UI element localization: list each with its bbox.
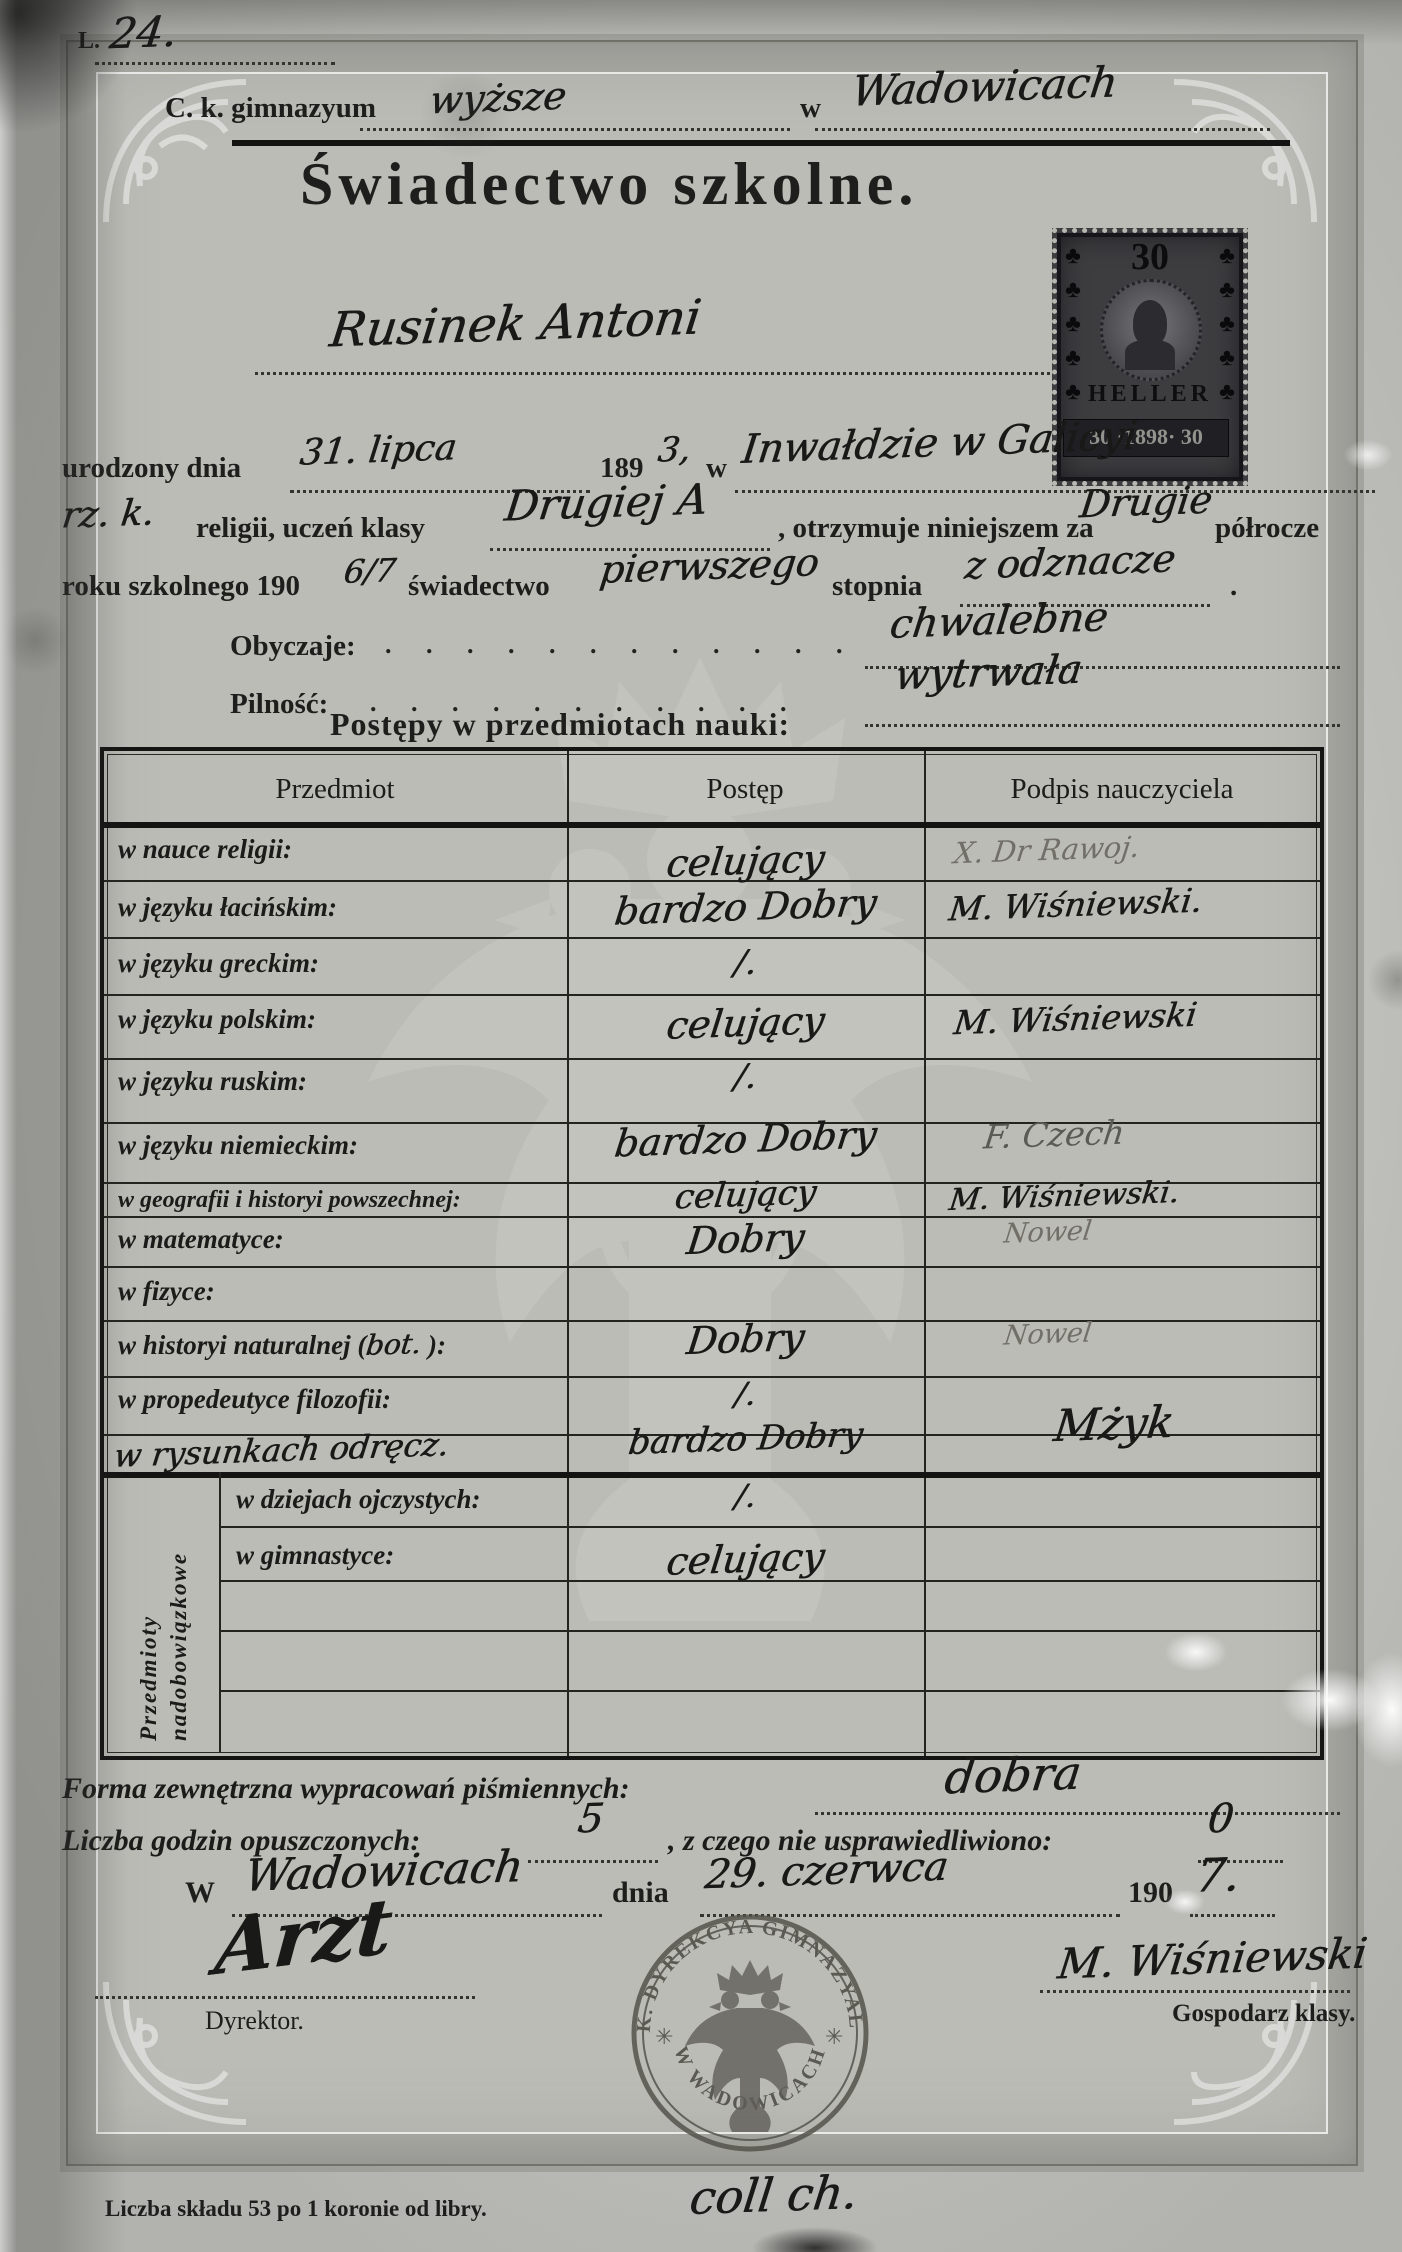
seal-star-left: ✳: [655, 2024, 673, 2049]
subject-gymnastics: w gimnastyce:: [236, 1540, 394, 1571]
line1-dotted-b: [735, 490, 1375, 493]
subject-greek: w języku greckim:: [118, 948, 319, 979]
line3-period: .: [1230, 570, 1237, 603]
photograph-of-certificate: L. 24. C. k. gimnazyum wyższe w Wadowica…: [0, 0, 1402, 2252]
year-printed: 190: [1128, 1876, 1173, 1910]
school-year-label: roku szkolnego 190: [62, 570, 300, 603]
school-printed-label: C. k. gimnazyum: [165, 92, 376, 125]
file-number-value: 24.: [107, 7, 180, 59]
corner-flourish-bottom-left: [100, 1978, 250, 2128]
file-number-label: L.: [78, 28, 100, 55]
stamp-currency: HELLER: [1057, 381, 1243, 408]
row-line: [104, 994, 1320, 996]
seal-star-right: ✳: [825, 2024, 843, 2049]
subject-natural-history: w historyi naturalnej (bot. ):: [118, 1328, 446, 1361]
degree-label: stopnia: [832, 570, 922, 603]
subject-physics: w fizyce:: [118, 1276, 215, 1307]
table-heading: Postępy w przedmiotach nauki:: [330, 706, 790, 743]
place-w-label: W: [185, 1876, 215, 1910]
school-type-handwritten: wyższe: [427, 74, 568, 123]
subject-natural-history-prefix: w historyi naturalnej (: [118, 1330, 366, 1360]
subject-german: w języku niemieckim:: [118, 1130, 358, 1161]
optional-section-rule: [104, 1472, 1320, 1478]
signature-religion-teacher: X. Dr Rawoj.: [952, 830, 1142, 871]
subject-latin: w języku łacińskim:: [118, 892, 337, 923]
column-divider-2: [924, 751, 926, 1756]
diligence-label: Pilność:: [230, 688, 328, 721]
subject-natural-history-suffix: ):: [421, 1330, 446, 1360]
optional-label-line2: nadobowiązkowe: [166, 1491, 192, 1741]
header-dotted-line-2: [815, 128, 1270, 131]
signature-natural-history-teacher: Nowel: [1002, 1317, 1093, 1351]
written-work-value-handwritten: dobra: [942, 1745, 1085, 1804]
signature-mathematics-teacher: Nowel: [1002, 1215, 1093, 1249]
dnia-label: dnia: [612, 1876, 669, 1910]
column-header-grade: Postęp: [706, 773, 783, 806]
official-seal: C. K. DYREKCYA GIMNAZYALNA W WADOWICACH …: [625, 1908, 875, 2158]
subject-philosophy: w propedeutyce filozofii:: [118, 1384, 391, 1415]
stamp-portrait-medallion: [1100, 279, 1202, 381]
grades-table: Przedmiot Postęp Podpis nauczyciela w na…: [100, 747, 1324, 1760]
header-bottom-rule: [104, 822, 1320, 828]
portrait-shoulders: [1125, 340, 1175, 370]
school-year-handwritten: 6/7: [342, 551, 398, 591]
birth-date-handwritten: 31. lipca: [298, 427, 459, 474]
column-header-subject: Przedmiot: [275, 773, 394, 806]
written-work-dotted-line: [815, 1812, 1340, 1815]
class-teacher-signature-line: [1040, 1990, 1350, 1993]
school-city-handwritten: Wadowicach: [849, 57, 1120, 115]
birth-year-handwritten: 3,: [656, 429, 693, 470]
file-number-line: [95, 62, 335, 65]
born-on-label: urodzony dnia: [62, 452, 241, 485]
conduct-dots: . . . . . . . . . . . .: [385, 630, 857, 660]
optional-label-divider: [219, 1472, 221, 1752]
signature-german-teacher: F. Czech: [982, 1112, 1127, 1156]
semester-label: półrocze: [1215, 512, 1319, 545]
signature-drawing-teacher: Mżyk: [1051, 1397, 1177, 1452]
diligence-value-handwritten: wytrwała: [892, 647, 1084, 700]
school-in-label: w: [800, 92, 821, 125]
missed-hours-line: [528, 1860, 658, 1863]
subject-mathematics: w matematyce:: [118, 1224, 284, 1255]
collation-mark-handwritten: coll ch.: [687, 2165, 861, 2225]
director-label: Dyrektor.: [205, 2006, 304, 2036]
corner-flourish-top-right: [1170, 76, 1320, 226]
optional-vertical-label: Przedmioty nadobowiązkowe: [112, 1491, 216, 1741]
optional-label-line1: Przedmioty: [136, 1491, 162, 1741]
subject-natural-history-handwritten: bot.: [364, 1327, 423, 1362]
subject-ruthenian: w języku ruskim:: [118, 1066, 307, 1097]
subject-polish: w języku polskim:: [118, 1004, 316, 1035]
page-title: Świadectwo szkolne.: [300, 150, 918, 219]
grade-class-handwritten: pierwszego: [597, 540, 821, 592]
year-handwritten: 7.: [1193, 1847, 1244, 1903]
certificate-label: świadectwo: [408, 570, 550, 603]
subject-religion: w nauce religii:: [118, 834, 292, 865]
row-line: [104, 937, 1320, 939]
optional-row-line: [219, 1630, 1320, 1632]
subject-geography-history: w geografii i historyi powszechnej:: [118, 1187, 461, 1214]
header-dotted-line-1: [360, 128, 790, 131]
row-line: [104, 1266, 1320, 1268]
year-dotted-line: [1190, 1914, 1275, 1917]
subject-national-history: w dziejach ojczystych:: [236, 1484, 480, 1515]
class-handwritten: Drugiej A: [502, 474, 711, 530]
date-handwritten: 29. czerwca: [702, 1844, 951, 1899]
column-header-signature: Podpis nauczyciela: [1010, 773, 1233, 806]
name-dotted-line: [255, 372, 1050, 375]
religion-abbrev-handwritten: rz. k.: [59, 492, 156, 536]
diligence-dotted-line: [865, 724, 1340, 727]
class-teacher-label: Gospodarz klasy.: [1172, 2000, 1355, 2028]
written-work-form-label: Forma zewnętrzna wypracowań piśmiennych:: [62, 1772, 630, 1806]
print-run-note: Liczba składu 53 po 1 koronie od libry.: [105, 2196, 487, 2222]
header-rule: [232, 140, 1290, 146]
distinction-handwritten: z odznacze: [962, 536, 1178, 588]
conduct-label: Obyczaje:: [230, 630, 356, 663]
conduct-value-handwritten: chwalebne: [887, 594, 1110, 648]
optional-row-line: [219, 1580, 1320, 1582]
semester-handwritten: Drugie: [1077, 478, 1214, 527]
optional-row-line: [219, 1690, 1320, 1692]
seal-eagle: [685, 1960, 815, 2132]
director-signature-line: [95, 1996, 475, 1999]
religion-class-label: religii, uczeń klasy: [196, 512, 425, 545]
optional-row-line: [219, 1526, 1320, 1528]
